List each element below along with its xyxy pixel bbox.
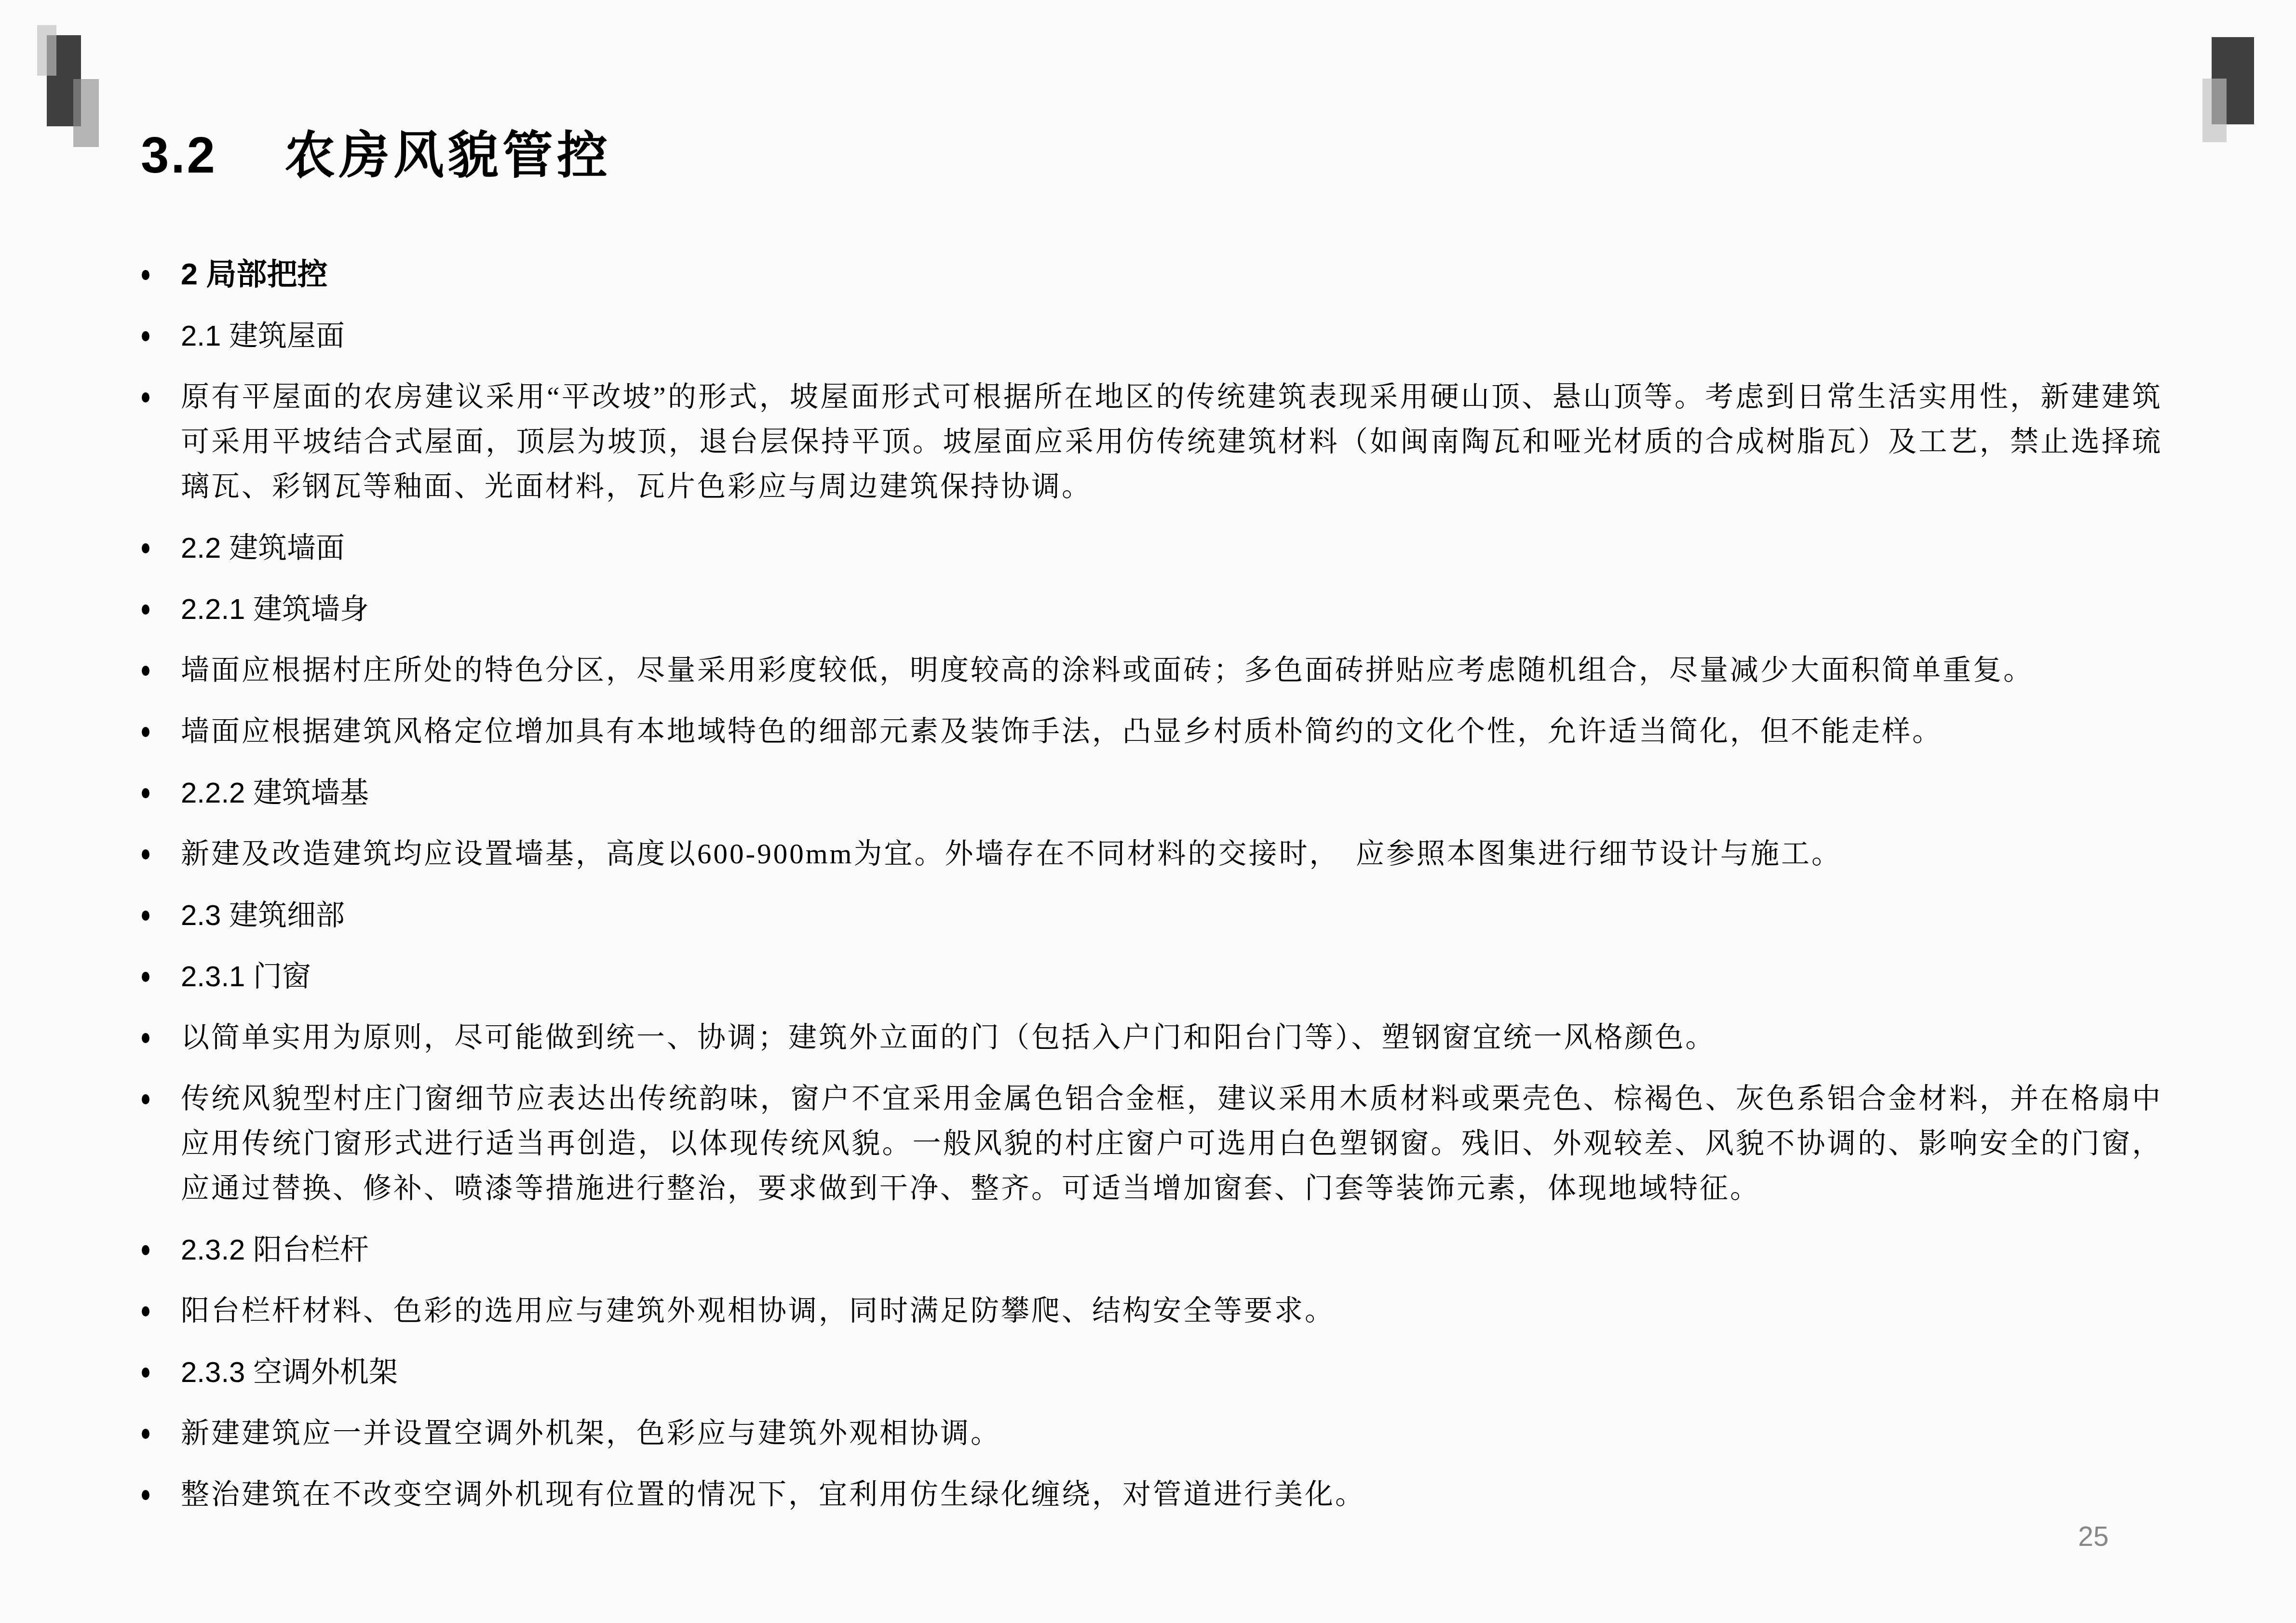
heading-text: 2.1 建筑屋面 [181,313,2162,358]
list-item-paragraph: 整治建筑在不改变空调外机现有位置的情况下，宜利用仿生绿化缠绕，对管道进行美化。 [141,1472,2162,1517]
heading-text: 2.3.1 门窗 [181,954,2162,999]
list-item-heading: 2 局部把控 [141,252,2162,297]
paragraph-text: 新建及改造建筑均应设置墙基，高度以600-900mm为宜。外墙存在不同材料的交接… [181,832,2162,876]
bullet-icon [141,252,181,297]
list-item-heading: 2.1 建筑屋面 [141,313,2162,358]
bullet-icon [141,832,181,876]
list-item-paragraph: 新建及改造建筑均应设置墙基，高度以600-900mm为宜。外墙存在不同材料的交接… [141,832,2162,876]
bullet-icon [141,1076,181,1211]
bullet-icon [141,587,181,631]
page-title-text: 农房风貌管控 [284,127,611,184]
list-item-paragraph: 阳台栏杆材料、色彩的选用应与建筑外观相协调，同时满足防攀爬、结构安全等要求。 [141,1288,2162,1333]
deco-rect-top-right-light [2202,79,2227,142]
bullet-icon [141,1015,181,1060]
heading-text: 2.2.2 建筑墙基 [181,770,2162,815]
heading-text: 2.2.1 建筑墙身 [181,587,2162,631]
bullet-icon [141,770,181,815]
list-item-paragraph: 墙面应根据村庄所处的特色分区，尽量采用彩度较低，明度较高的涂料或面砖；多色面砖拼… [141,648,2162,693]
page-title: 3.2农房风貌管控 [141,127,611,185]
bullet-icon [141,709,181,754]
paragraph-text: 整治建筑在不改变空调外机现有位置的情况下，宜利用仿生绿化缠绕，对管道进行美化。 [181,1472,2162,1517]
page-number: 25 [2078,1521,2108,1553]
paragraph-text: 传统风貌型村庄门窗细节应表达出传统韵味，窗户不宜采用金属色铝合金框，建议采用木质… [181,1076,2162,1211]
bullet-icon [141,893,181,938]
paragraph-text: 墙面应根据建筑风格定位增加具有本地域特色的细部元素及装饰手法，凸显乡村质朴简约的… [181,709,2162,754]
heading-text: 2.3 建筑细部 [181,893,2162,938]
list-item-heading: 2.3.1 门窗 [141,954,2162,999]
deco-rect-top-left-medium [73,79,99,147]
paragraph-text: 原有平屋面的农房建议采用“平改坡”的形式，坡屋面形式可根据所在地区的传统建筑表现… [181,375,2162,509]
bullet-icon [141,648,181,693]
bullet-icon [141,313,181,358]
paragraph-text: 阳台栏杆材料、色彩的选用应与建筑外观相协调，同时满足防攀爬、结构安全等要求。 [181,1288,2162,1333]
paragraph-text: 新建建筑应一并设置空调外机架，色彩应与建筑外观相协调。 [181,1411,2162,1456]
bullet-icon [141,1411,181,1456]
bullet-icon [141,375,181,509]
list-item-paragraph: 以简单实用为原则，尽可能做到统一、协调；建筑外立面的门（包括入户门和阳台门等）、… [141,1015,2162,1060]
list-item-paragraph: 新建建筑应一并设置空调外机架，色彩应与建筑外观相协调。 [141,1411,2162,1456]
paragraph-text: 以简单实用为原则，尽可能做到统一、协调；建筑外立面的门（包括入户门和阳台门等）、… [181,1015,2162,1060]
bullet-icon [141,1350,181,1395]
list-item-heading: 2.3.3 空调外机架 [141,1350,2162,1395]
page-title-number: 3.2 [141,127,217,184]
list-item-heading: 2.2.1 建筑墙身 [141,587,2162,631]
bullet-icon [141,1472,181,1517]
bullet-icon [141,1288,181,1333]
bullet-icon [141,525,181,570]
list-item-heading: 2.3 建筑细部 [141,893,2162,938]
deco-rect-top-left-light [37,25,56,76]
bullet-icon [141,1227,181,1272]
list-item-paragraph: 墙面应根据建筑风格定位增加具有本地域特色的细部元素及装饰手法，凸显乡村质朴简约的… [141,709,2162,754]
list-item-heading: 2.2.2 建筑墙基 [141,770,2162,815]
list-item-paragraph: 原有平屋面的农房建议采用“平改坡”的形式，坡屋面形式可根据所在地区的传统建筑表现… [141,375,2162,509]
list-item-paragraph: 传统风貌型村庄门窗细节应表达出传统韵味，窗户不宜采用金属色铝合金框，建议采用木质… [141,1076,2162,1211]
heading-text: 2.2 建筑墙面 [181,525,2162,570]
list-item-heading: 2.2 建筑墙面 [141,525,2162,570]
heading-text: 2.3.2 阳台栏杆 [181,1227,2162,1272]
paragraph-text: 墙面应根据村庄所处的特色分区，尽量采用彩度较低，明度较高的涂料或面砖；多色面砖拼… [181,648,2162,693]
bullet-icon [141,954,181,999]
list-item-heading: 2.3.2 阳台栏杆 [141,1227,2162,1272]
content-list: 2 局部把控 2.1 建筑屋面 原有平屋面的农房建议采用“平改坡”的形式，坡屋面… [141,252,2162,1533]
heading-text: 2.3.3 空调外机架 [181,1350,2162,1395]
heading-text: 2 局部把控 [181,252,2162,297]
